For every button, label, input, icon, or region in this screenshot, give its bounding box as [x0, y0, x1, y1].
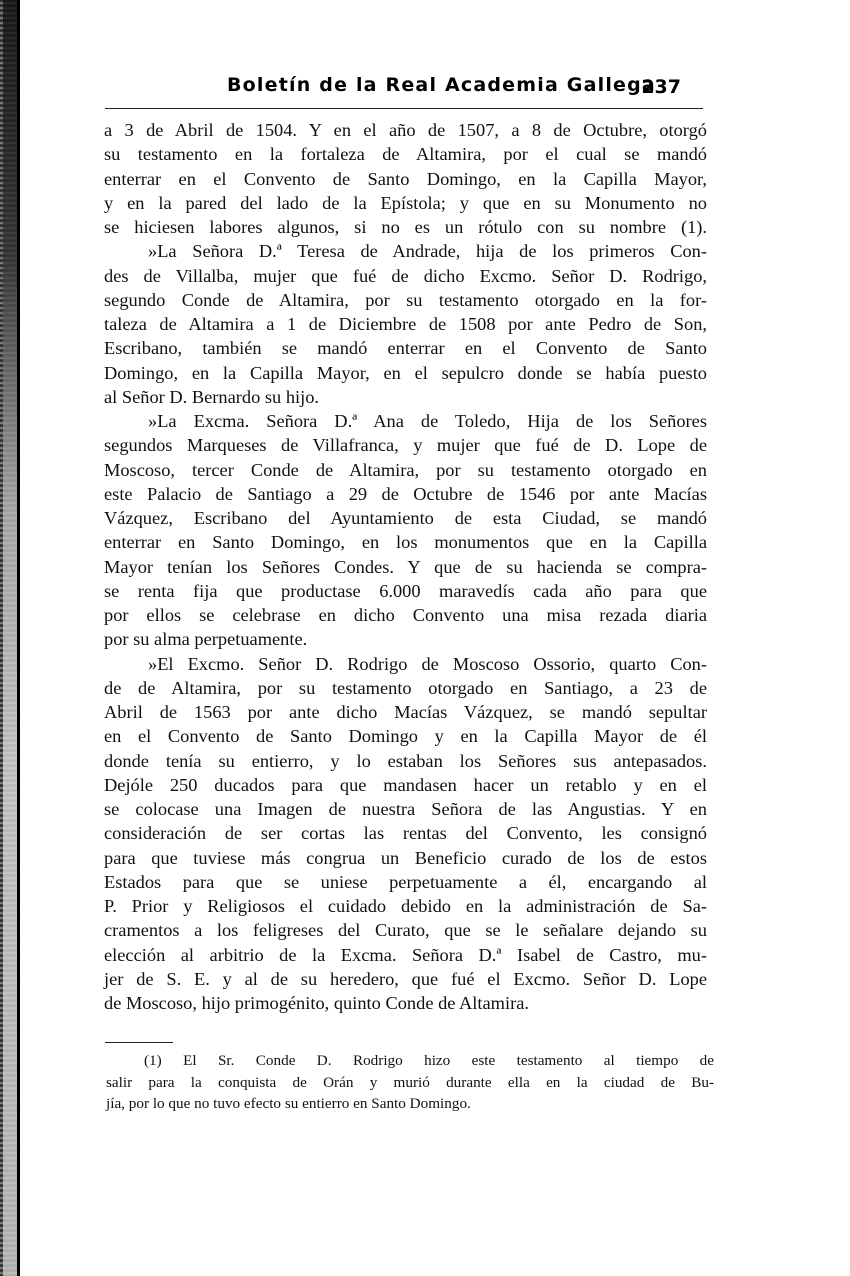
- footnote-separator: [105, 1042, 173, 1043]
- paragraph-continuation: a 3 de Abril de 1504. Y en el año de 150…: [104, 118, 707, 239]
- footnote-line: (1) El Sr. Conde D. Rodrigo hizo este te…: [106, 1050, 714, 1072]
- text-line: jer de S. E. y al de su heredero, que fu…: [104, 967, 707, 991]
- text-line: Abril de 1563 por ante dicho Macías Vázq…: [104, 700, 707, 724]
- text-line: Vázquez, Escribano del Ayuntamiento de e…: [104, 506, 707, 530]
- text-line: enterrar en el Convento de Santo Domingo…: [104, 167, 707, 191]
- text-line: se hiciesen labores algunos, si no es un…: [104, 215, 707, 239]
- paragraph-teresa-de-andrade: »La Señora D.ª Teresa de Andrade, hija d…: [104, 239, 707, 409]
- paragraph-rodrigo-de-moscoso: »El Excmo. Señor D. Rodrigo de Moscoso O…: [104, 652, 707, 1016]
- footnote-1: (1) El Sr. Conde D. Rodrigo hizo este te…: [106, 1050, 714, 1115]
- text-line: »El Excmo. Señor D. Rodrigo de Moscoso O…: [104, 652, 707, 676]
- text-line: »La Señora D.ª Teresa de Andrade, hija d…: [104, 239, 707, 263]
- text-line: de de Altamira, por su testamento otorga…: [104, 676, 707, 700]
- paragraph-ana-de-toledo: »La Excma. Señora D.ª Ana de Toledo, Hij…: [104, 409, 707, 652]
- body-text: a 3 de Abril de 1504. Y en el año de 150…: [104, 118, 707, 1015]
- text-line: Domingo, en la Capilla Mayor, en el sepu…: [104, 361, 707, 385]
- text-line: en el Convento de Santo Domingo y en la …: [104, 724, 707, 748]
- text-line: por ellos se celebrase en dicho Convento…: [104, 603, 707, 627]
- text-line: Mayor tenían los Señores Condes. Y que d…: [104, 555, 707, 579]
- text-line: »La Excma. Señora D.ª Ana de Toledo, Hij…: [104, 409, 707, 433]
- text-line: se renta fija que productase 6.000 marav…: [104, 579, 707, 603]
- text-line: elección al arbitrio de la Excma. Señora…: [104, 943, 707, 967]
- text-line: Dejóle 250 ducados para que mandasen hac…: [104, 773, 707, 797]
- text-line: para que tuviese más congrua un Benefici…: [104, 846, 707, 870]
- text-line: consideración de ser cortas las rentas d…: [104, 821, 707, 845]
- text-line: P. Prior y Religiosos el cuidado debido …: [104, 894, 707, 918]
- text-line: a 3 de Abril de 1504. Y en el año de 150…: [104, 118, 707, 142]
- text-line: Escribano, también se mandó enterrar en …: [104, 336, 707, 360]
- page-number: 237: [641, 76, 681, 98]
- text-line: des de Villalba, mujer que fué de dicho …: [104, 264, 707, 288]
- text-line: al Señor D. Bernardo su hijo.: [104, 385, 707, 409]
- footnote-line: jía, por lo que no tuvo efecto su entier…: [106, 1093, 714, 1115]
- text-line: su testamento en la fortaleza de Altamir…: [104, 142, 707, 166]
- text-line: este Palacio de Santiago a 29 de Octubre…: [104, 482, 707, 506]
- text-line: y en la pared del lado de la Epístola; y…: [104, 191, 707, 215]
- text-line: segundo Conde de Altamira, por su testam…: [104, 288, 707, 312]
- text-line: Moscoso, tercer Conde de Altamira, por s…: [104, 458, 707, 482]
- text-line: segundos Marqueses de Villafranca, y muj…: [104, 433, 707, 457]
- journal-title: Boletín de la Real Academia Gallega: [227, 74, 656, 96]
- text-line: enterrar en Santo Domingo, en los monume…: [104, 530, 707, 554]
- footnote-line: salir para la conquista de Orán y murió …: [106, 1072, 714, 1094]
- text-line: Estados para que se uniese perpetuamente…: [104, 870, 707, 894]
- text-line: cramentos a los feligreses del Curato, q…: [104, 918, 707, 942]
- scan-binding-edge: [0, 0, 20, 1276]
- text-line: por su alma perpetuamente.: [104, 627, 707, 651]
- running-header: Boletín de la Real Academia Gallega 237: [105, 70, 703, 109]
- text-line: de Moscoso, hijo primogénito, quinto Con…: [104, 991, 707, 1015]
- text-line: se colocase una Imagen de nuestra Señora…: [104, 797, 707, 821]
- text-line: taleza de Altamira a 1 de Diciembre de 1…: [104, 312, 707, 336]
- text-line: donde tenía su entierro, y lo estaban lo…: [104, 749, 707, 773]
